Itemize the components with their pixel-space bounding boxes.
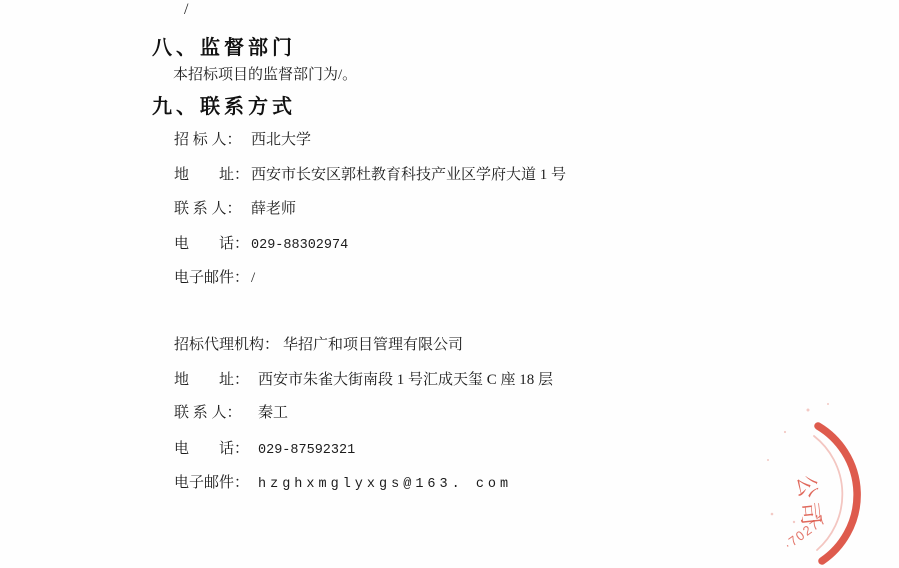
- company-stamp: 公司 ·70277: [758, 392, 899, 568]
- stamp-speck: [767, 459, 769, 461]
- field-value: 西安市朱雀大街南段 1 号汇成天玺 C 座 18 层: [251, 368, 553, 389]
- field-value: 西安市长安区郭杜教育科技产业区学府大道 1 号: [251, 163, 566, 184]
- row-tenderer-phone: 电 话： 029-88302974: [174, 232, 348, 253]
- field-label: 招标代理机构：: [174, 333, 279, 354]
- field-value: 秦工: [251, 401, 288, 422]
- field-value: /: [251, 270, 255, 287]
- field-label: 地 址：: [174, 368, 251, 389]
- row-tenderer-email: 电子邮件： /: [174, 266, 255, 287]
- row-agency-phone: 电 话： 029-87592321: [174, 437, 355, 458]
- row-agency-email: 电子邮件： hzghxmglyxgs@163. com: [174, 471, 512, 492]
- supervision-paragraph: 本招标项目的监督部门为/。: [173, 63, 357, 84]
- field-value: 华招广和项目管理有限公司: [283, 333, 463, 354]
- field-label: 联 系 人：: [174, 401, 251, 422]
- row-agency-contact-person: 联 系 人： 秦工: [174, 401, 288, 422]
- field-label: 电子邮件：: [174, 266, 251, 287]
- document-page: / 八、监督部门 本招标项目的监督部门为/。 九、联系方式 招 标 人： 西北大…: [0, 0, 899, 568]
- stamp-speck: [793, 521, 795, 523]
- row-agency-address: 地 址： 西安市朱雀大街南段 1 号汇成天玺 C 座 18 层: [174, 368, 553, 389]
- field-value: hzghxmglyxgs@163. com: [251, 477, 512, 492]
- stamp-speck: [807, 409, 810, 412]
- row-tenderer-address: 地 址： 西安市长安区郭杜教育科技产业区学府大道 1 号: [174, 163, 566, 184]
- field-label: 电 话：: [174, 232, 251, 253]
- field-value: 薛老师: [251, 197, 296, 218]
- field-label: 联 系 人：: [174, 197, 251, 218]
- section-heading-contact: 九、联系方式: [152, 90, 296, 119]
- field-label: 电子邮件：: [174, 471, 251, 492]
- field-label: 电 话：: [174, 437, 251, 458]
- stamp-speck: [827, 403, 829, 405]
- stamp-speck: [771, 513, 774, 516]
- row-tenderer-name: 招 标 人： 西北大学: [174, 128, 311, 149]
- field-value: 西北大学: [251, 128, 311, 149]
- field-label: 招 标 人：: [174, 128, 251, 149]
- field-value: 029-88302974: [251, 238, 348, 253]
- slash-note: /: [184, 1, 188, 19]
- section-heading-supervision: 八、监督部门: [152, 31, 296, 60]
- field-label: 地 址：: [174, 163, 251, 184]
- row-tenderer-contact-person: 联 系 人： 薛老师: [174, 197, 296, 218]
- stamp-speck: [784, 431, 786, 433]
- row-agency-name: 招标代理机构： 华招广和项目管理有限公司: [174, 333, 463, 354]
- field-value: 029-87592321: [251, 443, 355, 458]
